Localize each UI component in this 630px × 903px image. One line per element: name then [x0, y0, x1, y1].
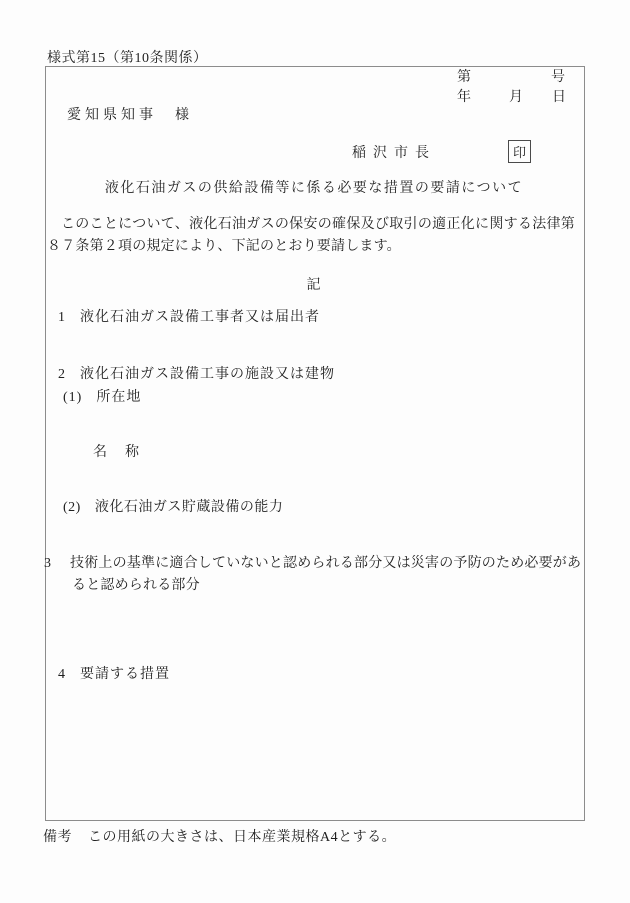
form-style-label: 様式第15（第10条関係） [47, 47, 208, 67]
document-title: 液化石油ガスの供給設備等に係る必要な措置の要請について [45, 177, 583, 197]
item-2-label: 液化石油ガス設備工事の施設又は建物 [80, 367, 335, 382]
form-sheet: 様式第15（第10条関係） 第 号 年 月 日 愛知県知事 様 稲沢市長 印 液… [0, 0, 630, 903]
item-1-row: 1液化石油ガス設備工事者又は届出者 [58, 306, 320, 326]
note-text: この用紙の大きさは、日本産業規格A4とする。 [88, 830, 396, 845]
item-1-number: 1 [58, 310, 66, 326]
sender-name: 稲沢市長 [352, 142, 436, 162]
item-3-label: 技術上の基準に適合していないと認められる部分又は災害の予防のため必要があると認め… [70, 556, 581, 593]
doc-number-suffix-label: 号 [551, 66, 565, 86]
item-2-sub-1-label: 所在地 [96, 390, 141, 405]
doc-number-prefix-label: 第 [457, 66, 471, 86]
item-2-row: 2液化石油ガス設備工事の施設又は建物 [58, 363, 335, 383]
addressee-line: 愛知県知事 様 [67, 104, 193, 124]
seal-label: 印 [513, 142, 526, 161]
item-4-row: 4要請する措置 [58, 663, 170, 683]
item-4-number: 4 [58, 667, 66, 683]
date-year-label: 年 [457, 86, 471, 106]
record-heading: 記 [45, 274, 583, 294]
item-3-row: 3技術上の基準に適合していないと認められる部分又は災害の予防のため必要があると認… [58, 553, 592, 596]
item-2-sub-1-number: (1) [63, 390, 82, 406]
body-paragraph: このことについて、液化石油ガスの保安の確保及び取引の適正化に関する法律第８７条第… [47, 214, 575, 257]
item-2-number: 2 [58, 367, 66, 383]
date-day-label: 日 [552, 86, 566, 106]
item-2-sub-1-row: (1)所在地 [63, 386, 141, 406]
item-2-sub-2-number: (2) [63, 500, 81, 516]
note-line: 備考この用紙の大きさは、日本産業規格A4とする。 [43, 826, 396, 846]
item-1-label: 液化石油ガス設備工事者又は届出者 [80, 310, 320, 325]
item-2-sub-2-row: (2)液化石油ガス貯蔵設備の能力 [63, 496, 283, 516]
item-2-name-label: 名 称 [93, 441, 141, 461]
date-month-label: 月 [509, 86, 523, 106]
note-label: 備考 [43, 826, 72, 846]
item-4-label: 要請する措置 [80, 667, 170, 682]
seal-box: 印 [508, 140, 531, 163]
item-2-sub-2-label: 液化石油ガス貯蔵設備の能力 [95, 500, 284, 515]
